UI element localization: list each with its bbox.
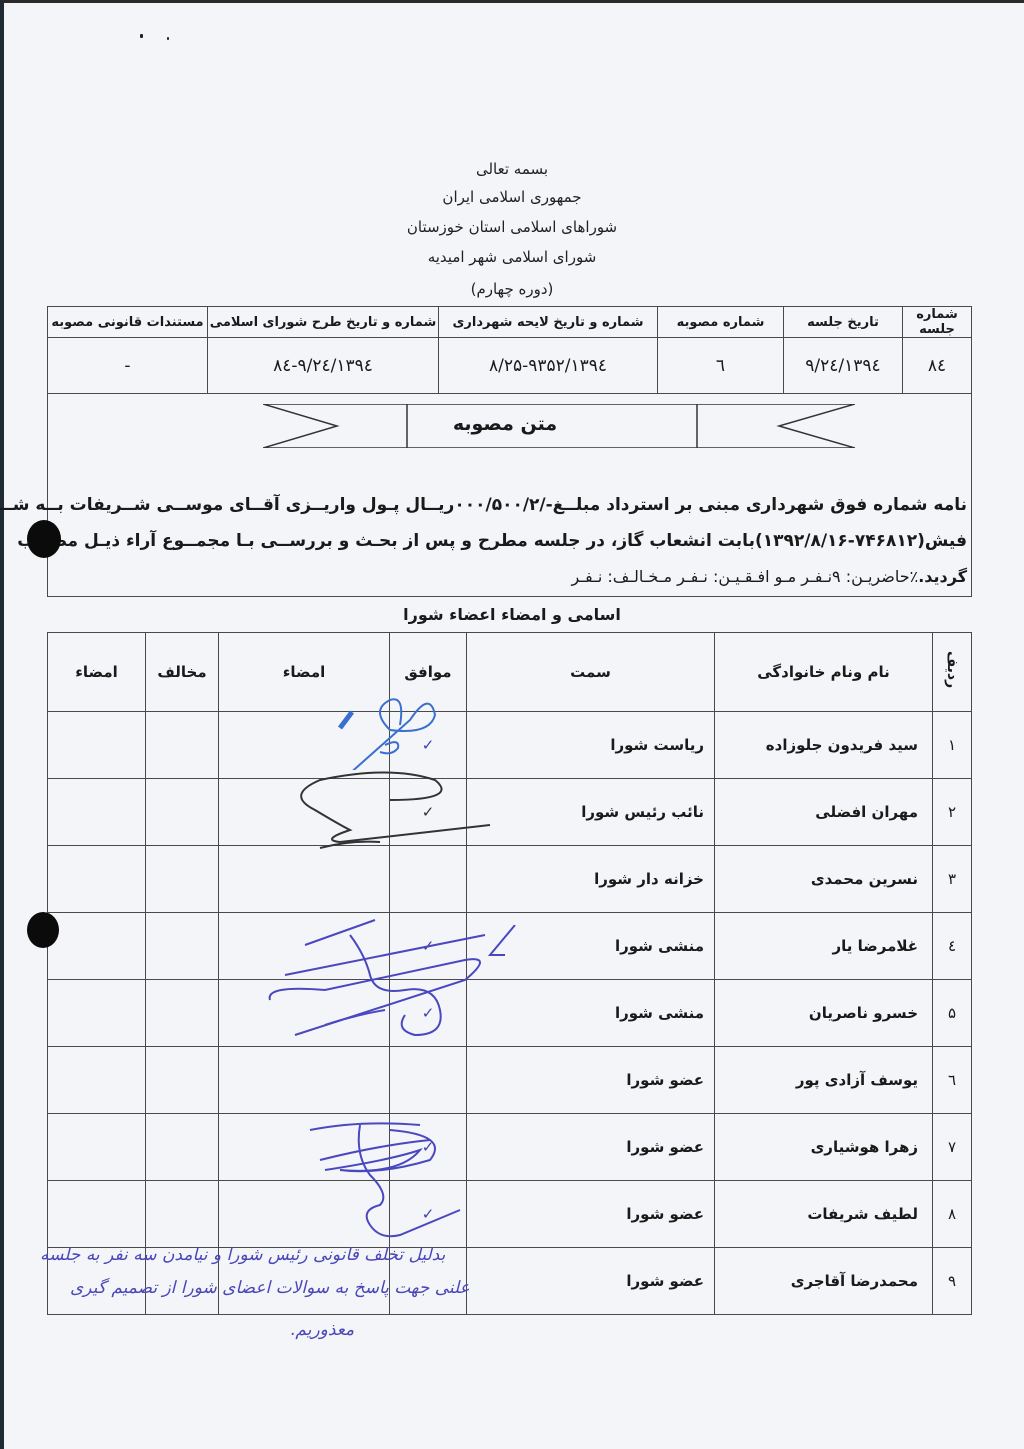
agree-cell [390, 846, 467, 913]
meta-resolution-number: ٦ [658, 338, 784, 394]
col-radif: ردیف [933, 633, 972, 712]
member-num: ۵ [933, 980, 972, 1047]
member-num: ۸ [933, 1181, 972, 1248]
header-line-2: جمهوری اسلامی ایران [0, 188, 1024, 206]
agree-cell [390, 1047, 467, 1114]
punch-hole [27, 912, 59, 948]
member-row: ۱ سید فریدون جلوزاده ریاست شورا ✓ [48, 712, 972, 779]
member-name: غلامرضا یار [715, 913, 933, 980]
signature-7-icon [300, 1115, 470, 1245]
signature-cell-2 [48, 779, 146, 846]
vote-declared: گردید. [918, 567, 967, 586]
meta-council-plan: ۱۳۹٤/۹/۲٤-۸٤ [208, 338, 439, 394]
member-name: سید فریدون جلوزاده [715, 712, 933, 779]
members-header-row: ردیف نام ونام خانوادگی سمت موافق امضاء م… [48, 633, 972, 712]
member-role: ریاست شورا [467, 712, 715, 779]
member-role: عضو شورا [467, 1248, 715, 1315]
vote-counts: ٪حاضریـن: ۹نـفـر مـو افـقـیـن: نـفـر مـخ… [572, 567, 919, 586]
disagree-cell [146, 1114, 219, 1181]
meta-col-session-date: تاریخ جلسه [784, 307, 903, 338]
members-title: اسامی و امضاء اعضاء شورا [0, 605, 1024, 624]
col-disagree: مخالف [146, 633, 219, 712]
handwritten-note-line-3: معذوریم. [290, 1320, 354, 1340]
member-num: ۲ [933, 779, 972, 846]
member-name: خسرو ناصریان [715, 980, 933, 1047]
scan-top-edge [0, 0, 1024, 3]
col-name: نام ونام خانوادگی [715, 633, 933, 712]
member-name: محمدرضا آقاجری [715, 1248, 933, 1315]
col-sign-2: امضاء [48, 633, 146, 712]
member-row: ۸ لطیف شریفات عضو شورا ✓ [48, 1181, 972, 1248]
member-num: ٦ [933, 1047, 972, 1114]
member-role: عضو شورا [467, 1047, 715, 1114]
meta-col-session-number: شماره جلسه [903, 307, 972, 338]
resolution-meta-table: شماره جلسه تاریخ جلسه شماره مصوبه شماره … [47, 306, 972, 394]
signature-cell [219, 1047, 390, 1114]
signature-cell-2 [48, 1047, 146, 1114]
vote-summary: گردید.٪حاضریـن: ۹نـفـر مـو افـقـیـن: نـف… [52, 567, 967, 586]
meta-session-date: ۱۳۹٤/۹/۲٤ [784, 338, 903, 394]
handwritten-note-line-2: علنی جهت پاسخ به سوالات اعضای شورا از تص… [70, 1278, 470, 1298]
signature-cell-2 [48, 1114, 146, 1181]
disagree-cell [146, 779, 219, 846]
disagree-cell [146, 1047, 219, 1114]
signature-cell-2 [48, 1181, 146, 1248]
member-role: نائب رئیس شورا [467, 779, 715, 846]
member-num: ٤ [933, 913, 972, 980]
signature-3-icon [265, 915, 505, 1055]
meta-session-number: ۸٤ [903, 338, 972, 394]
checkmark-extra-icon [470, 925, 530, 1035]
disagree-cell [146, 980, 219, 1047]
member-name: لطیف شریفات [715, 1181, 933, 1248]
member-role: عضو شورا [467, 1181, 715, 1248]
signature-cell-2 [48, 846, 146, 913]
meta-value-row: ۸٤ ۱۳۹٤/۹/۲٤ ٦ ۱۳۹٤/۸/۲۵-۹۳۵۲ ۱۳۹٤/۹/۲٤-… [48, 338, 972, 394]
scan-speck [140, 34, 143, 38]
signature-1-icon [280, 690, 480, 770]
punch-hole [27, 520, 61, 558]
member-role: عضو شورا [467, 1114, 715, 1181]
meta-col-council-plan: شماره و تاریخ طرح شورای اسلامی [208, 307, 439, 338]
member-name: نسرین محمدی [715, 846, 933, 913]
handwritten-note-line-1: بدلیل تخلف قانونی رئیس شورا و نیامدن سه … [40, 1245, 445, 1265]
signature-cell-2 [48, 980, 146, 1047]
meta-col-resolution-number: شماره مصوبه [658, 307, 784, 338]
meta-col-legal-basis: مستندات قانونی مصوبه [48, 307, 208, 338]
resolution-line-2: فیش(۷۴۶۸۱۲-۱۳۹۲/۸/۱۶)بابت انشعاب گاز، در… [52, 531, 967, 551]
meta-header-row: شماره جلسه تاریخ جلسه شماره مصوبه شماره … [48, 307, 972, 338]
member-num: ۱ [933, 712, 972, 779]
disagree-cell [146, 913, 219, 980]
meta-col-municipal-bill: شماره و تاریخ لایحه شهرداری [439, 307, 658, 338]
col-role: سمت [467, 633, 715, 712]
member-row: ۲ مهران افضلی نائب رئیس شورا ✓ [48, 779, 972, 846]
signature-2-icon [290, 770, 490, 850]
resolution-title: متن مصوبه [360, 413, 650, 435]
header-line-5: (دوره چهارم) [0, 280, 1024, 298]
signature-cell [219, 846, 390, 913]
signature-cell-2 [48, 712, 146, 779]
member-role: خزانه دار شورا [467, 846, 715, 913]
meta-legal-basis: - [48, 338, 208, 394]
header-line-1: بسمه تعالی [0, 160, 1024, 178]
member-row: ٦ یوسف آزادی پور عضو شورا [48, 1047, 972, 1114]
disagree-cell [146, 846, 219, 913]
member-name: زهرا هوشیاری [715, 1114, 933, 1181]
meta-municipal-bill: ۱۳۹٤/۸/۲۵-۹۳۵۲ [439, 338, 658, 394]
member-name: مهران افضلی [715, 779, 933, 846]
member-name: یوسف آزادی پور [715, 1047, 933, 1114]
resolution-line-1: نامه شماره فوق شهرداری مبنی بر استرداد م… [52, 495, 967, 515]
signature-cell-2 [48, 913, 146, 980]
disagree-cell [146, 1181, 219, 1248]
header-line-3: شوراهای اسلامی استان خوزستان [0, 218, 1024, 236]
scan-speck [167, 37, 169, 40]
member-row: ۳ نسرین محمدی خزانه دار شورا [48, 846, 972, 913]
member-num: ۷ [933, 1114, 972, 1181]
member-row: ۷ زهرا هوشیاری عضو شورا ✓ [48, 1114, 972, 1181]
header-line-4: شورای اسلامی شهر امیدیه [0, 248, 1024, 266]
disagree-cell [146, 712, 219, 779]
member-num: ۹ [933, 1248, 972, 1315]
member-num: ۳ [933, 846, 972, 913]
